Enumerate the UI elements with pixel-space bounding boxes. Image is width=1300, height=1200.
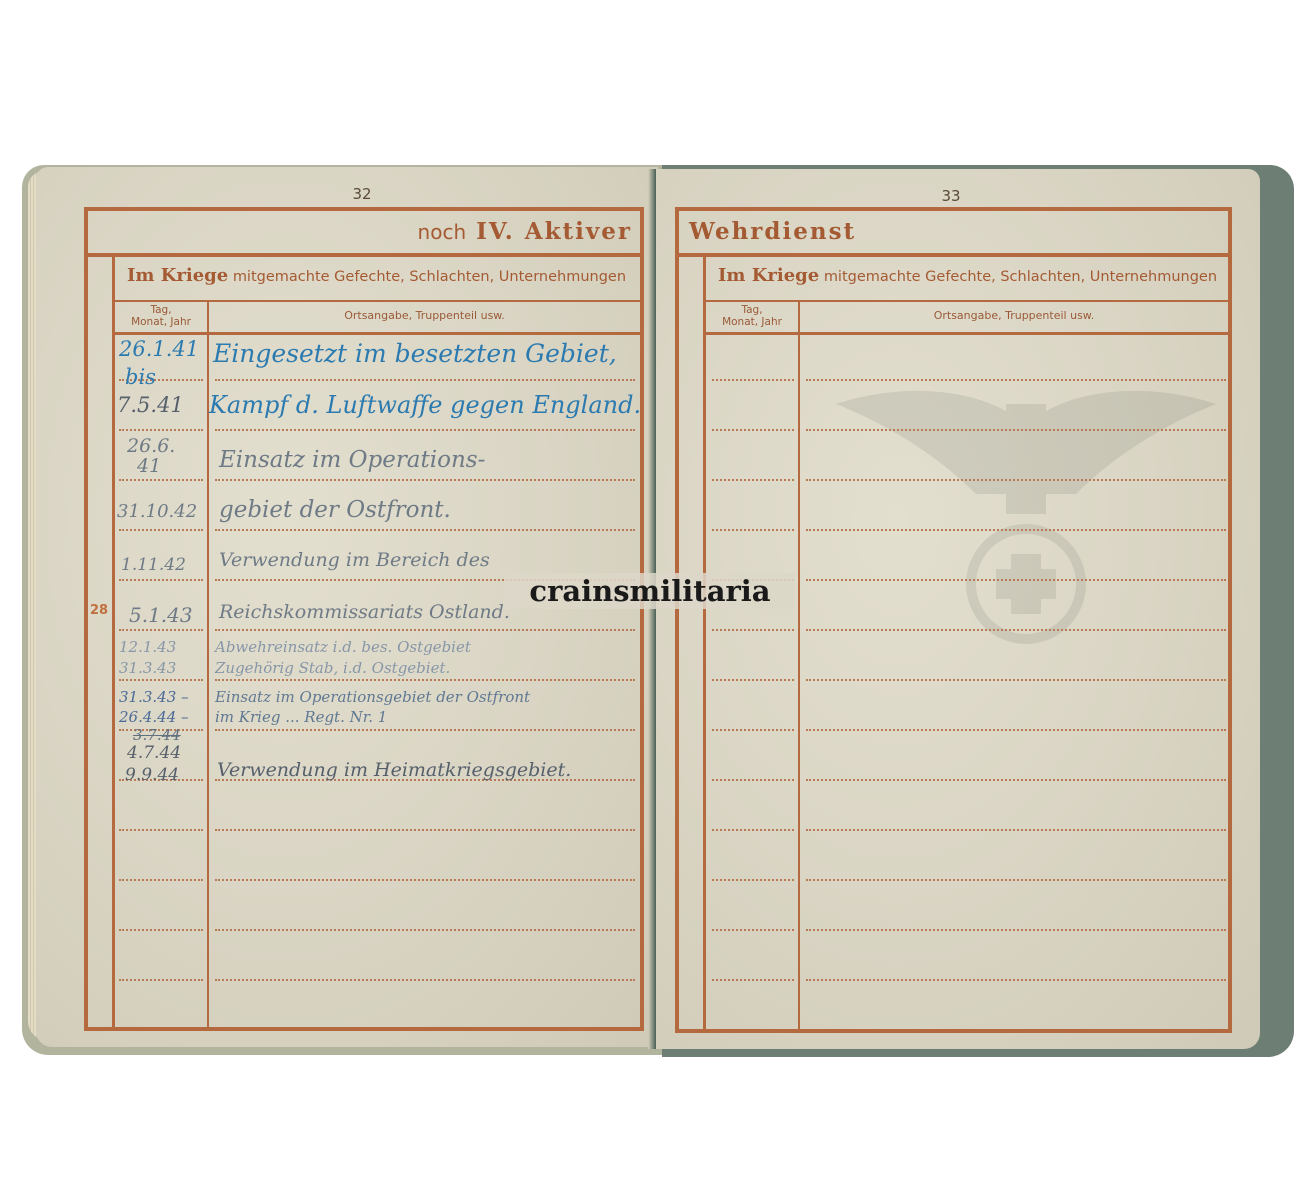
right-page: 33 Wehrdienst Im Kriege mitgemachte Gefe… [656, 169, 1260, 1049]
row-line [215, 879, 635, 881]
col-header-date: Tag, Monat, Jahr [706, 300, 800, 332]
row-line [712, 729, 794, 731]
right-title-band: Wehrdienst [679, 211, 1228, 257]
row-line [712, 979, 794, 981]
entry-text: Verwendung im Heimatkriegsgebiet. [217, 759, 571, 781]
row-line [215, 379, 635, 381]
entry-text: Eingesetzt im besetzten Gebiet, [213, 339, 617, 368]
entry-date: 41 [137, 455, 161, 477]
right-page-title: Wehrdienst [689, 218, 856, 245]
section-heading: Im Kriege mitgemachte Gefechte, Schlacht… [718, 265, 1217, 286]
row-line [119, 429, 203, 431]
row-line [712, 779, 794, 781]
entry-date: 5.1.43 [129, 603, 193, 627]
col-date-line1: Tag, [115, 304, 207, 316]
col-date-line2: Monat, Jahr [115, 316, 207, 328]
row-line [119, 579, 203, 581]
entry-text: Kampf d. Luftwaffe gegen England. [209, 391, 641, 419]
row-line [215, 829, 635, 831]
heading-rest: mitgemachte Gefechte, Schlachten, Untern… [233, 269, 626, 285]
row-line [215, 529, 635, 531]
heading-bold: Im Kriege [127, 265, 228, 286]
right-section-header: Im Kriege mitgemachte Gefechte, Schlacht… [706, 253, 1228, 302]
row-line [806, 479, 1226, 481]
entry-date: 26.6. [127, 435, 175, 457]
left-margin-column: 28 [88, 253, 115, 1027]
row-line [119, 679, 203, 681]
row-line [806, 979, 1226, 981]
row-line [806, 879, 1226, 881]
left-page-title: noch IV. Aktiver [418, 218, 632, 245]
row-line [712, 929, 794, 931]
right-form-frame: Wehrdienst Im Kriege mitgemachte Gefecht… [675, 207, 1232, 1033]
entry-text: Einsatz im Operations- [219, 447, 485, 473]
row-line [712, 629, 794, 631]
entry-date: 12.1.43 [119, 638, 176, 656]
row-line [119, 479, 203, 481]
entry-text: Einsatz im Operationsgebiet der Ostfront [215, 688, 530, 706]
row-line [806, 729, 1226, 731]
entry-text: im Krieg ... Regt. Nr. 1 [215, 708, 387, 726]
row-line [119, 929, 203, 931]
entry-text: Abwehreinsatz i.d. bes. Ostgebiet [215, 638, 471, 656]
entry-date: 7.5.41 [117, 393, 184, 417]
entry-date: 9.9.44 [125, 765, 179, 785]
row-line [215, 679, 635, 681]
section-heading: Im Kriege mitgemachte Gefechte, Schlacht… [127, 265, 626, 286]
col-date-line1: Tag, [706, 304, 798, 316]
row-line [806, 529, 1226, 531]
col-header-place: Ortsangabe, Truppenteil usw. [209, 309, 640, 322]
row-line [215, 479, 635, 481]
row-line [712, 879, 794, 881]
soldbuch-open-spread: 32 noch IV. Aktiver 28 Im Kriege mitgema… [22, 165, 1292, 1057]
entry-date: 26.1.41 [119, 337, 199, 361]
left-entries-body: 26.1.41 Eingesetzt im besetzten Gebiet, … [115, 335, 640, 1027]
row-line [712, 829, 794, 831]
row-line [806, 629, 1226, 631]
row-line [215, 929, 635, 931]
entry-date: 3.7.44 [133, 726, 181, 744]
entry-date: 4.7.44 [127, 743, 181, 763]
entry-date: 31.3.43 [119, 659, 176, 677]
row-line [806, 379, 1226, 381]
page-number-left: 32 [332, 185, 392, 203]
row-line [215, 729, 635, 731]
row-line [119, 529, 203, 531]
left-column-headers: Tag, Monat, Jahr Ortsangabe, Truppenteil… [115, 300, 640, 335]
row-line [215, 979, 635, 981]
entry-date: 31.3.43 – [119, 688, 189, 706]
row-line [806, 779, 1226, 781]
row-line [806, 579, 1226, 581]
left-title-band: noch IV. Aktiver [88, 211, 640, 257]
right-date-column [706, 335, 800, 1029]
margin-number: 28 [90, 603, 108, 618]
row-line [215, 629, 635, 631]
entry-date: 31.10.42 [117, 501, 197, 522]
entry-date: 1.11.42 [121, 555, 186, 575]
row-line [806, 929, 1226, 931]
heading-bold: Im Kriege [718, 265, 819, 286]
col-header-date: Tag, Monat, Jahr [115, 300, 209, 332]
row-line [712, 529, 794, 531]
row-line [712, 479, 794, 481]
entry-text: Zugehörig Stab, i.d. Ostgebiet. [215, 659, 450, 677]
page-number-right: 33 [921, 187, 981, 205]
entry-date: 26.4.44 – [119, 708, 189, 726]
title-prefix: noch [418, 220, 467, 244]
col-header-place: Ortsangabe, Truppenteil usw. [800, 309, 1228, 322]
entry-text: Reichskommissariats Ostland. [219, 601, 510, 623]
title-main: IV. Aktiver [476, 218, 632, 245]
row-line [712, 379, 794, 381]
row-line [119, 979, 203, 981]
left-form-frame: noch IV. Aktiver 28 Im Kriege mitgemacht… [84, 207, 644, 1031]
row-line [712, 679, 794, 681]
col-date-line2: Monat, Jahr [706, 316, 798, 328]
row-line [119, 879, 203, 881]
entry-text: gebiet der Ostfront. [219, 497, 451, 523]
right-column-headers: Tag, Monat, Jahr Ortsangabe, Truppenteil… [706, 300, 1228, 335]
watermark-text: crainsmilitaria [505, 573, 795, 609]
row-line [806, 829, 1226, 831]
row-line [712, 429, 794, 431]
entry-date: bis [125, 365, 156, 389]
row-line [806, 429, 1226, 431]
row-line [119, 829, 203, 831]
heading-rest: mitgemachte Gefechte, Schlachten, Untern… [824, 269, 1217, 285]
right-margin-column [679, 253, 706, 1029]
entry-text: Verwendung im Bereich des [219, 549, 490, 571]
left-section-header: Im Kriege mitgemachte Gefechte, Schlacht… [115, 253, 640, 302]
row-line [119, 629, 203, 631]
right-entries-body [706, 335, 1228, 1029]
row-line [215, 429, 635, 431]
row-line [806, 679, 1226, 681]
